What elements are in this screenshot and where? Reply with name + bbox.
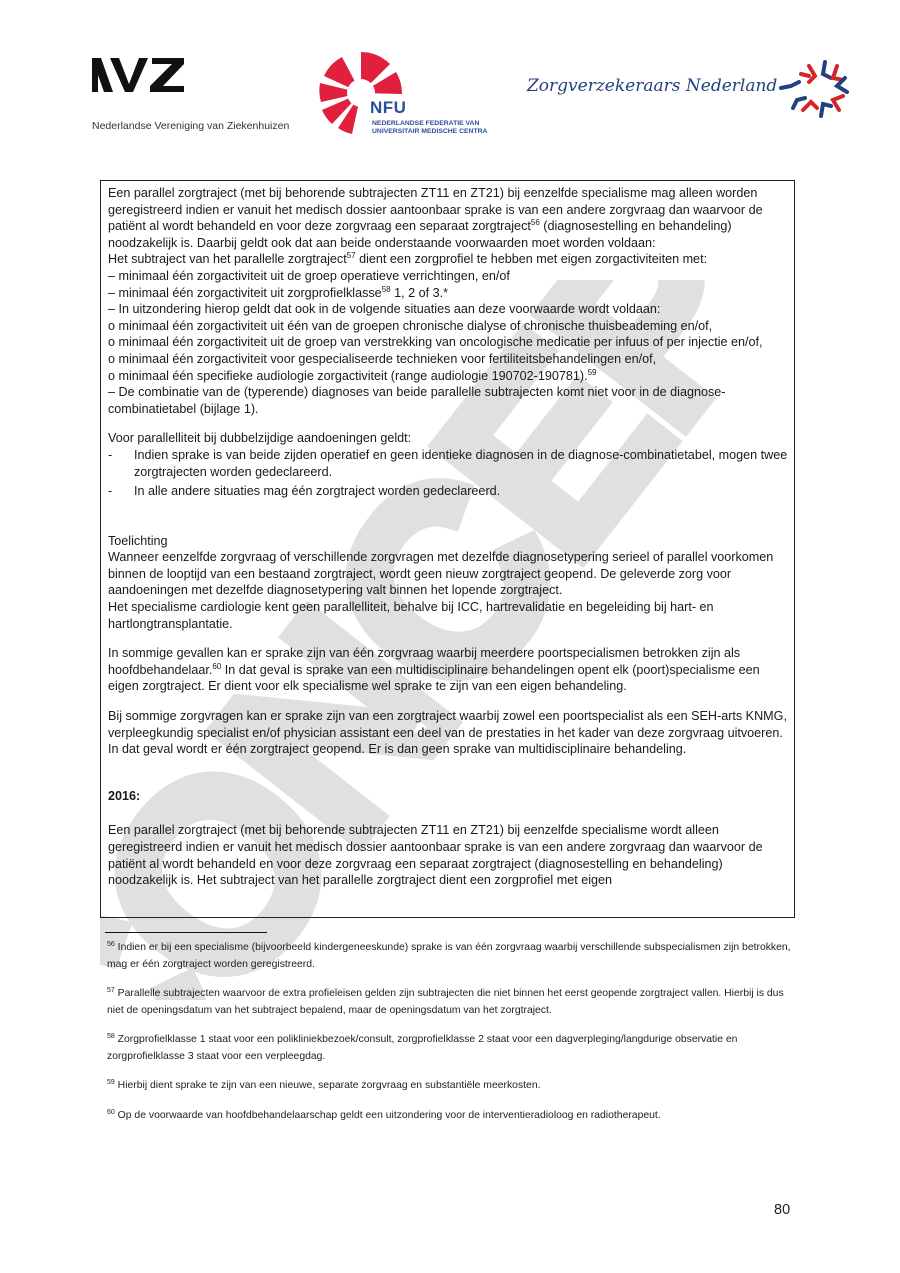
footnote-separator [105,932,267,933]
footnote-text: Op de voorwaarde van hoofdbehandelaarsch… [115,1110,661,1121]
footnote-ref-58[interactable]: 58 [382,285,391,294]
footnotes: 56 Indien er bij een specialisme (bijvoo… [107,940,797,1137]
intro-paragraph: Een parallel zorgtraject (met bij behore… [108,185,788,251]
nfu-subtitle: NEDERLANDSE FEDERATIE VAN UNIVERSITAIR M… [372,120,487,136]
footnote-number: 60 [107,1109,115,1116]
nvz-logo: Nederlandse Vereniging van Ziekenhuizen [92,58,322,138]
content-box: Een parallel zorgtraject (met bij behore… [100,180,795,918]
zn-logo: Zorgverzekeraars Nederland [527,56,867,126]
zn-wordmark: Zorgverzekeraars Nederland [527,76,777,96]
footnote-60: 60 Op de voorwaarde van hoofdbehandelaar… [107,1108,797,1125]
footnote-ref-59[interactable]: 59 [588,368,597,377]
footnote-56: 56 Indien er bij een specialisme (bijvoo… [107,940,797,973]
nfu-subtitle-line1: NEDERLANDSE FEDERATIE VAN [372,120,487,128]
bullet-text: In alle andere situaties mag één zorgtra… [134,483,788,500]
footnote-57: 57 Parallelle subtrajecten waarvoor de e… [107,986,797,1019]
bullet-text: Indien sprake is van beide zijden operat… [134,447,788,480]
condition-4: – De combinatie van de (typerende) diagn… [108,384,788,417]
option-2: o minimaal één zorgactiviteit uit de gro… [108,334,788,351]
intro-text-3: Het subtraject van het parallelle zorgtr… [108,252,347,266]
option-1: o minimaal één zorgactiviteit uit één va… [108,318,788,335]
toelichting-p3: In sommige gevallen kan er sprake zijn v… [108,645,788,695]
nvz-wordmark-icon [92,58,184,92]
footnote-text: Indien er bij een specialisme (bijvoorbe… [107,942,791,970]
condition-1: – minimaal één zorgactiviteit uit de gro… [108,268,788,285]
footnote-text: Hierbij dient sprake te zijn van een nie… [115,1080,541,1091]
toelichting-p4: Bij sommige zorgvragen kan er sprake zij… [108,708,788,758]
bullet-dash: - [108,483,134,500]
footnote-number: 56 [107,941,115,948]
nfu-logo: NFU NEDERLANDSE FEDERATIE VAN UNIVERSITA… [318,50,518,140]
footnote-number: 59 [107,1079,115,1086]
footnote-number: 57 [107,987,115,994]
nfu-subtitle-line2: UNIVERSITAIR MEDISCHE CENTRA [372,128,487,136]
toelichting-heading: Toelichting [108,533,788,550]
option-3: o minimaal één zorgactiviteit voor gespe… [108,351,788,368]
option-4: o minimaal één specifieke audiologie zor… [108,368,788,385]
section-2016-heading: 2016: [108,788,788,805]
condition-2: – minimaal één zorgactiviteit uit zorgpr… [108,285,788,302]
bullet-dash: - [108,447,134,480]
toelichting-p1: Wanneer eenzelfde zorgvraag of verschill… [108,549,788,599]
footnote-ref-60[interactable]: 60 [212,662,221,671]
option-4-text: o minimaal één specifieke audiologie zor… [108,369,588,383]
footnote-58: 58 Zorgprofielklasse 1 staat voor een po… [107,1032,797,1065]
footnote-text: Parallelle subtrajecten waarvoor de extr… [107,988,784,1016]
condition-3: – In uitzondering hierop geldt dat ook i… [108,301,788,318]
subtraject-paragraph: Het subtraject van het parallelle zorgtr… [108,251,788,268]
condition-2-suffix: 1, 2 of 3.* [391,286,448,300]
footnote-59: 59 Hierbij dient sprake te zijn van een … [107,1078,797,1095]
page-number: 80 [774,1202,790,1218]
bilateral-item: - In alle andere situaties mag één zorgt… [108,483,788,500]
bilateral-item: - Indien sprake is van beide zijden oper… [108,447,788,480]
footnote-text: Zorgprofielklasse 1 staat voor een polik… [107,1034,737,1062]
section-2016-p1: Een parallel zorgtraject (met bij behore… [108,822,788,888]
zn-figures-emblem-icon [779,56,861,122]
toelichting-p2: Het specialisme cardiologie kent geen pa… [108,599,788,632]
footnote-ref-56[interactable]: 56 [531,218,540,227]
footnote-number: 58 [107,1033,115,1040]
nfu-acronym: NFU [370,98,406,118]
intro-text-4: dient een zorgprofiel te hebben met eige… [356,252,707,266]
bilateral-heading: Voor parallelliteit bij dubbelzijdige aa… [108,430,788,447]
condition-2-text: – minimaal één zorgactiviteit uit zorgpr… [108,286,382,300]
nvz-caption: Nederlandse Vereniging van Ziekenhuizen [92,120,289,132]
footnote-ref-57[interactable]: 57 [347,251,356,260]
